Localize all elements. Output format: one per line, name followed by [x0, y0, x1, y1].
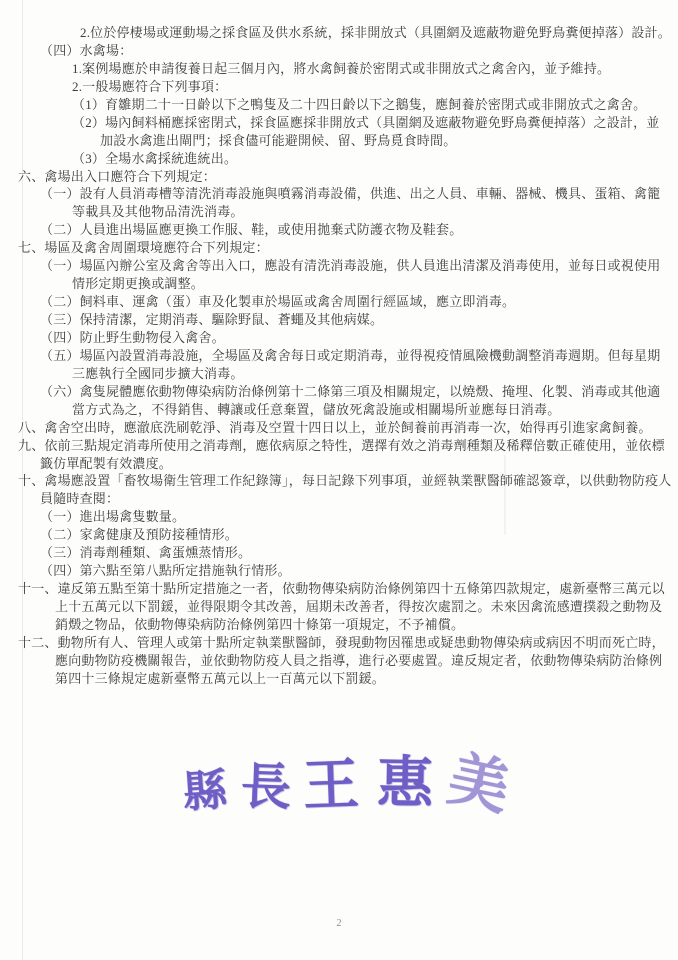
- document-line: 等載具及其他物品清洗消毒。: [0, 203, 678, 221]
- document-line: 1.案例場應於申請復養日起三個月內，將水禽飼養於密閉式或非開放式之禽舍內，並予維…: [0, 60, 678, 78]
- stamp-character: 美: [443, 748, 514, 819]
- document-line: 情形定期更換或調整。: [0, 275, 678, 293]
- document-line: 十一、違反第五點至第十點所定措施之一者，依動物傳染病防治條例第四十五條第四款規定…: [0, 580, 678, 598]
- document-line: 2.一般場應符合下列事項：: [0, 78, 678, 96]
- document-line: （二）人員進出場區應更換工作服、鞋，或使用拋棄式防護衣物及鞋套。: [0, 221, 678, 239]
- stamp-character: 縣: [182, 769, 229, 816]
- document-line: （3）全場水禽採統進統出。: [0, 150, 678, 168]
- document-line: （四）第六點至第八點所定措施執行情形。: [0, 562, 678, 580]
- document-page: 2.位於停棲場或運動場之採食區及供水系統，採非開放式（具圍網及遮蔽物避免野鳥糞便…: [0, 0, 678, 960]
- document-line: 2.位於停棲場或運動場之採食區及供水系統，採非開放式（具圍網及遮蔽物避免野鳥糞便…: [0, 24, 678, 42]
- document-line: 三應執行全國同步擴大消毒。: [0, 365, 678, 383]
- document-line: （一）場區內辦公室及禽舍等出入口，應設有清洗消毒設施，供人員進出清潔及消毒使用，…: [0, 257, 678, 275]
- document-line: （1）育雛期二十一日齡以下之鴨隻及二十四日齡以下之鵝隻，應飼養於密閉式或非開放式…: [0, 96, 678, 114]
- document-line: 十、禽場應設置「畜牧場衛生管理工作紀錄簿」，每日記錄下列事項，並經執業獸醫師確認…: [0, 472, 678, 490]
- document-line: 上十五萬元以下罰鍰，並得限期令其改善，屆期未改善者，得按次處罰之。未來因禽流感遭…: [0, 598, 678, 616]
- document-line: 當方式為之，不得銷售、轉讓或任意棄置，儲放死禽設施或相關場所並應每日消毒。: [0, 401, 678, 419]
- document-line: （六）禽隻屍體應依動物傳染病防治條例第十二條第三項及相關規定，以燒燬、掩埋、化製…: [0, 383, 678, 401]
- document-line: 應向動物防疫機關報告，並依動物防疫人員之指導，進行必要處置。違反規定者，依動物傳…: [0, 652, 678, 670]
- document-line: 七、場區及禽舍周圍環境應符合下列規定：: [0, 239, 678, 257]
- document-line: （二）家禽健康及預防接種情形。: [0, 526, 678, 544]
- document-line: （三）保持清潔，定期消毒、驅除野鼠、蒼蠅及其他病媒。: [0, 311, 678, 329]
- document-line: 十二、動物所有人、管理人或第十點所定執業獸醫師，發現動物因罹患或疑患動物傳染病或…: [0, 634, 678, 652]
- document-line: （四）防止野生動物侵入禽舍。: [0, 329, 678, 347]
- document-line: （四）水禽場：: [0, 42, 678, 60]
- magistrate-signature-stamp: 縣 長 王 惠 美: [183, 748, 509, 814]
- document-line: （三）消毒劑種類、禽蛋燻蒸情形。: [0, 544, 678, 562]
- page-number: 2: [0, 918, 678, 929]
- document-line: （二）飼料車、運禽（蛋）車及化製車於場區或禽舍周圍行經區域，應立即消毒。: [0, 293, 678, 311]
- document-line: 員隨時查閱：: [0, 490, 678, 508]
- document-line: 六、禽場出入口應符合下列規定：: [0, 168, 678, 186]
- document-line: 第四十三條規定處新臺幣五萬元以上一百萬元以下罰鍰。: [0, 670, 678, 688]
- document-line: （五）場區內設置消毒設施，全場區及禽舍每日或定期消毒，並得視疫情風險機動調整消毒…: [0, 347, 678, 365]
- stamp-character: 長: [240, 761, 292, 813]
- document-line: （一）進出場禽隻數量。: [0, 508, 678, 526]
- document-line: 籤仿單配製有效濃度。: [0, 455, 678, 473]
- document-line: （2）場內飼料桶應採密閉式，採食區應採非開放式（具圍網及遮蔽物避免野鳥糞便掉落）…: [0, 114, 678, 132]
- stamp-character: 惠: [377, 756, 434, 813]
- stamp-character: 王: [302, 757, 360, 815]
- document-line: 九、依前三點規定消毒所使用之消毒劑，應依病原之特性，選擇有效之消毒劑種類及稀釋倍…: [0, 437, 678, 455]
- document-line: （一）設有人員消毒槽等清洗消毒設施與噴霧消毒設備，供進、出之人員、車輛、器械、機…: [0, 185, 678, 203]
- document-line: 銷燬之物品，依動物傳染病防治條例第四十條第一項規定，不予補償。: [0, 616, 678, 634]
- document-line: 加設水禽進出閘門；採食儘可能避開候、留、野鳥覓食時間。: [0, 132, 678, 150]
- document-line: 八、禽舍空出時，應澈底洗刷乾淨、消毒及空置十四日以上，並於飼養前再消毒一次，始得…: [0, 419, 678, 437]
- document-body: 2.位於停棲場或運動場之採食區及供水系統，採非開放式（具圍網及遮蔽物避免野鳥糞便…: [0, 24, 678, 688]
